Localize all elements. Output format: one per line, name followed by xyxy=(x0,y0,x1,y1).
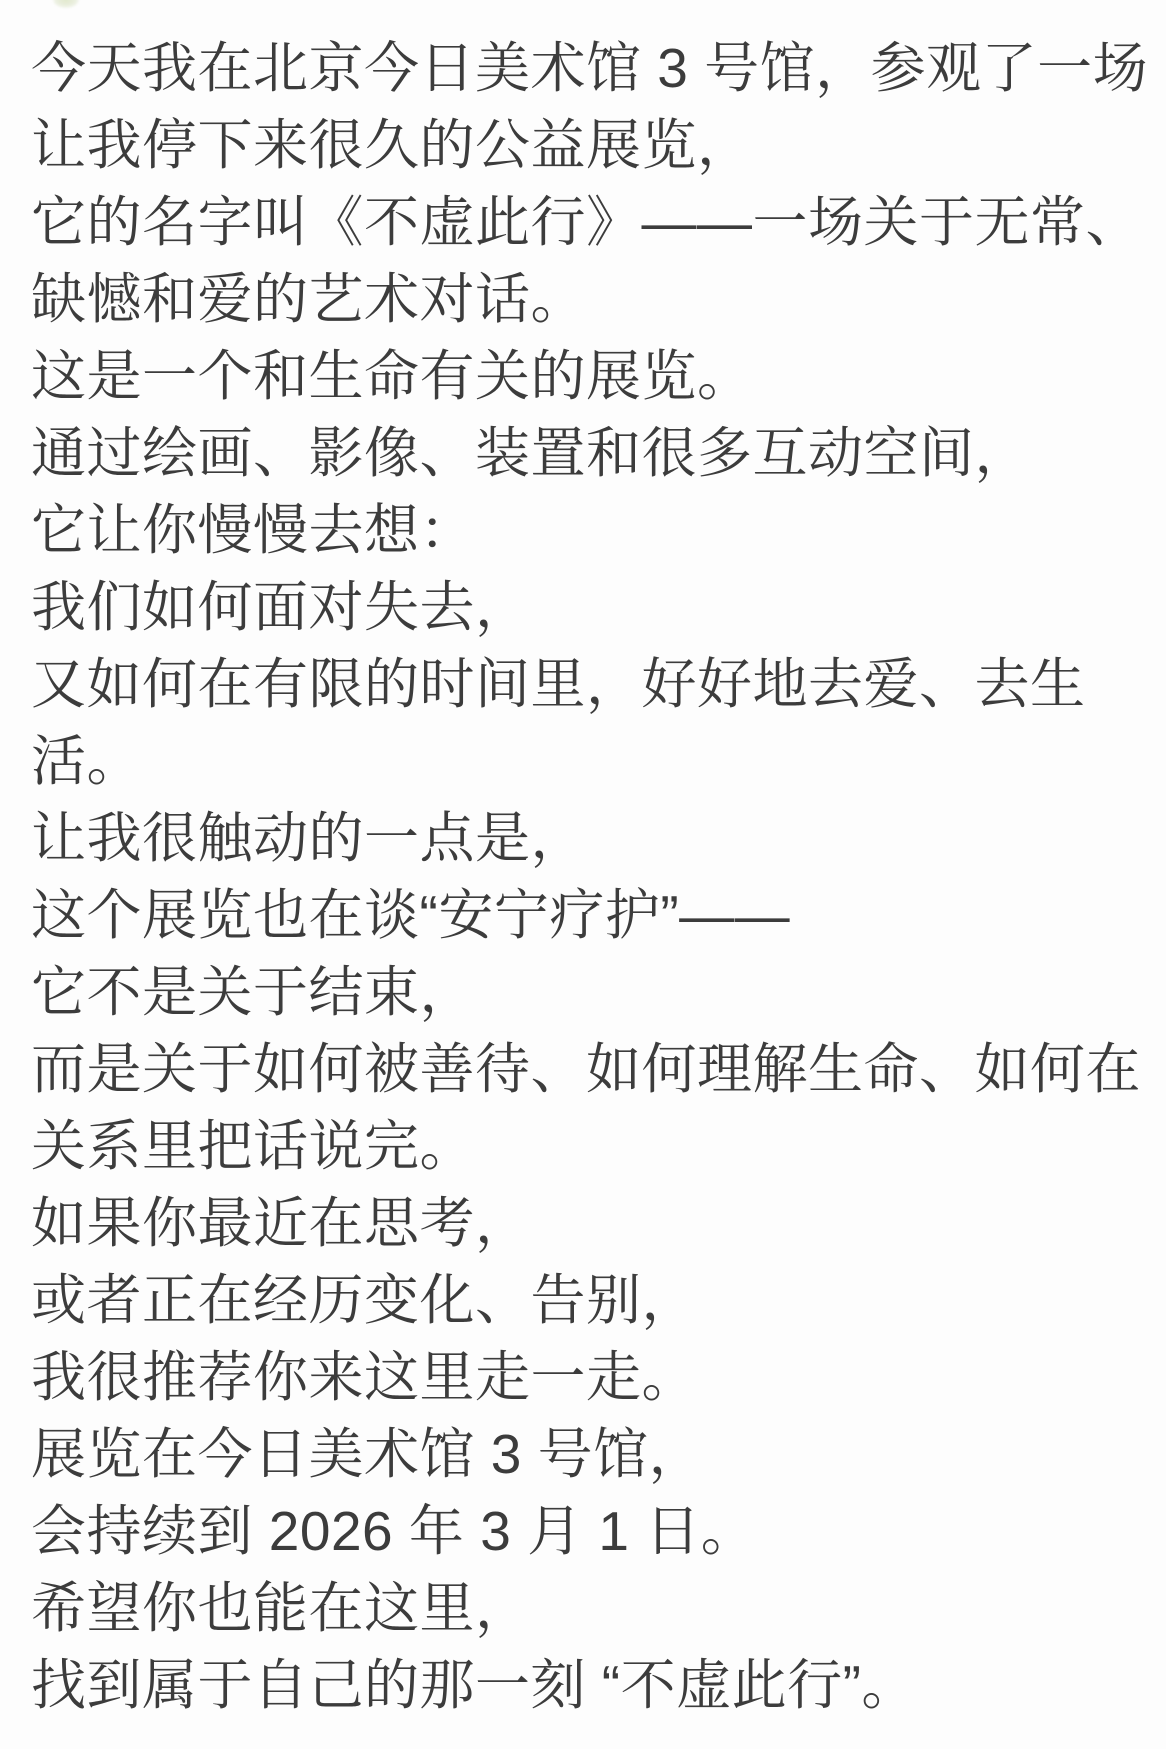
text-line: 它不是关于结束， xyxy=(31,954,1151,1031)
text-line: 这是一个和生命有关的展览。 xyxy=(31,338,1151,415)
text-line: 这个展览也在谈“安宁疗护”—— xyxy=(31,877,1151,954)
text-line: 它让你慢慢去想： xyxy=(31,492,1151,569)
text-line: 我们如何面对失去， xyxy=(31,569,1151,646)
text-line: 缺憾和爱的艺术对话。 xyxy=(31,261,1151,338)
text-line: 通过绘画、影像、装置和很多互动空间， xyxy=(31,415,1151,492)
post-text-block: 今天我在北京今日美术馆 3 号馆，参观了一场 让我停下来很久的公益展览， 它的名… xyxy=(31,30,1151,1724)
text-line: 关系里把话说完。 xyxy=(31,1108,1151,1185)
text-line: 它的名字叫《不虚此行》——一场关于无常、 xyxy=(31,184,1151,261)
text-line: 而是关于如何被善待、如何理解生命、如何在 xyxy=(31,1031,1151,1108)
text-line: 找到属于自己的那一刻 “不虚此行”。 xyxy=(31,1647,1151,1724)
text-line: 展览在今日美术馆 3 号馆， xyxy=(31,1416,1151,1493)
text-line: 今天我在北京今日美术馆 3 号馆，参观了一场 xyxy=(31,30,1151,107)
page: { "page": { "background_color": "#fdfdfd… xyxy=(0,0,1166,1749)
text-line: 希望你也能在这里， xyxy=(31,1570,1151,1647)
text-line: 活。 xyxy=(31,723,1151,800)
text-line: 让我停下来很久的公益展览， xyxy=(31,107,1151,184)
text-line: 又如何在有限的时间里，好好地去爱、去生 xyxy=(31,646,1151,723)
text-line: 我很推荐你来这里走一走。 xyxy=(31,1339,1151,1416)
text-line: 让我很触动的一点是， xyxy=(31,800,1151,877)
text-line: 或者正在经历变化、告别， xyxy=(31,1262,1151,1339)
text-line: 会持续到 2026 年 3 月 1 日。 xyxy=(31,1493,1151,1570)
text-line: 如果你最近在思考， xyxy=(31,1185,1151,1262)
cropped-emoji-fragment xyxy=(53,0,79,8)
